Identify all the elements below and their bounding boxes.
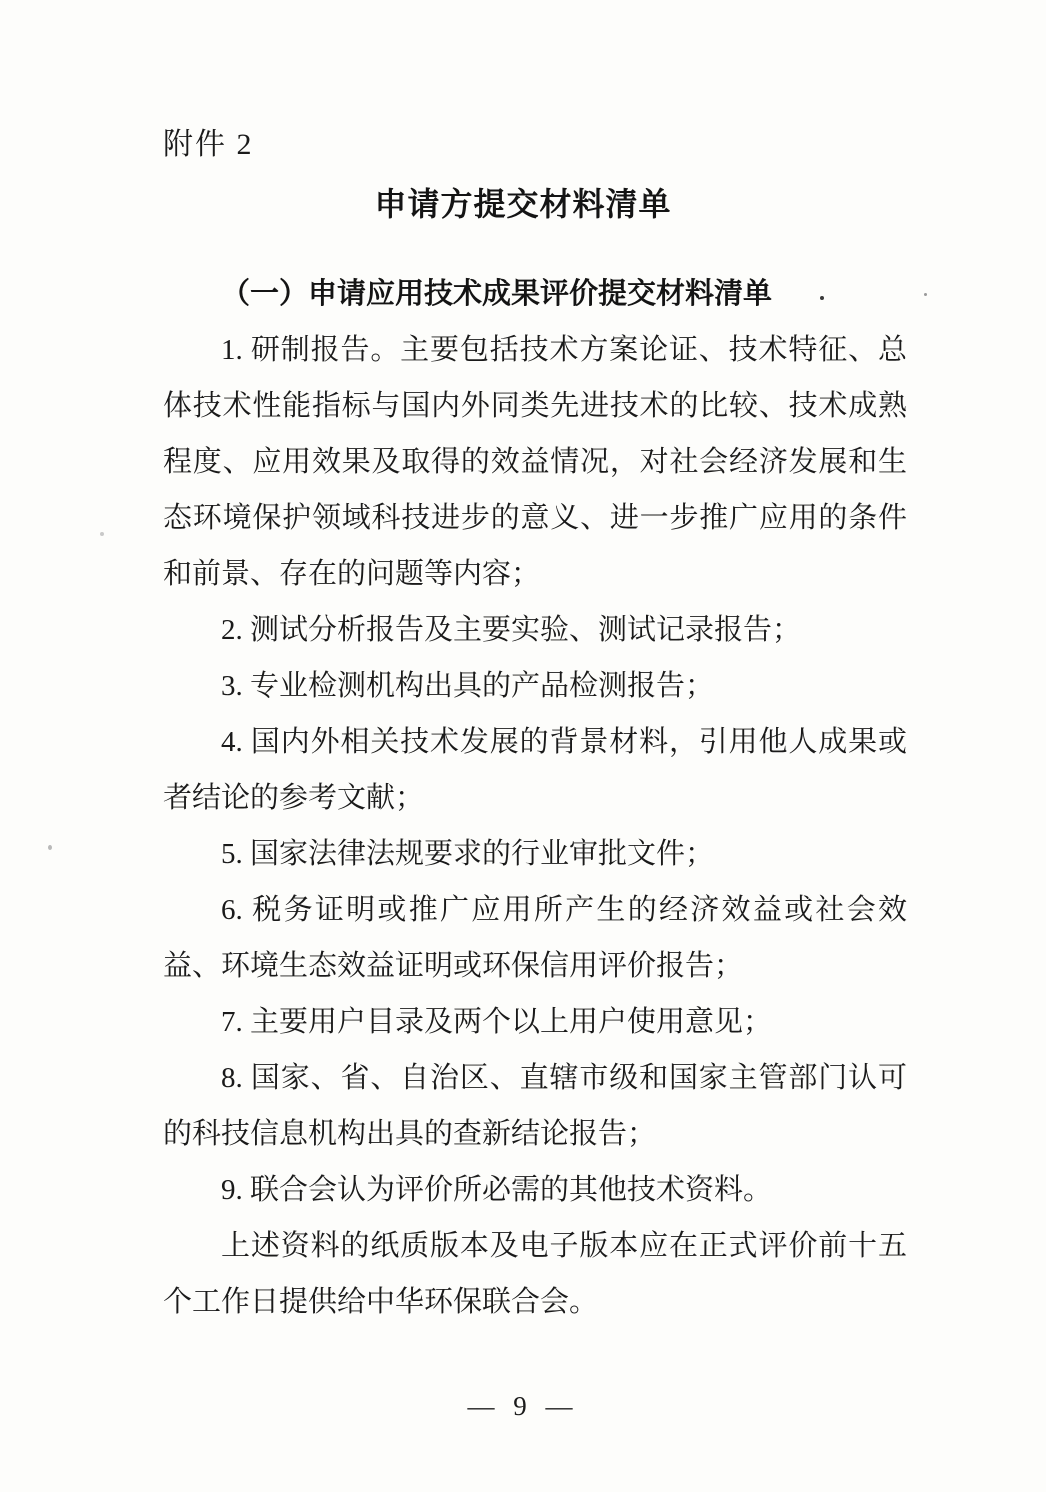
section-heading: （一）申请应用技术成果评价提交材料清单 xyxy=(163,266,907,322)
list-item-4: 4. 国内外相关技术发展的背景材料，引用他人成果或者结论的参考文献； xyxy=(163,714,907,826)
list-item-2: 2. 测试分析报告及主要实验、测试记录报告； xyxy=(163,602,907,658)
attachment-label: 附件 2 xyxy=(163,128,254,163)
scan-speck xyxy=(100,532,104,536)
document-page: 附件 2 申请方提交材料清单 （一）申请应用技术成果评价提交材料清单 1. 研制… xyxy=(0,0,1046,1492)
list-item-5: 5. 国家法律法规要求的行业审批文件； xyxy=(163,826,907,882)
list-item-9: 9. 联合会认为评价所必需的其他技术资料。 xyxy=(163,1162,907,1218)
scan-speck xyxy=(48,845,52,850)
closing-paragraph: 上述资料的纸质版本及电子版本应在正式评价前十五个工作日提供给中华环保联合会。 xyxy=(163,1218,907,1330)
list-item-1: 1. 研制报告。主要包括技术方案论证、技术特征、总体技术性能指标与国内外同类先进… xyxy=(163,322,907,602)
list-item-8: 8. 国家、省、自治区、直辖市级和国家主管部门认可的科技信息机构出具的查新结论报… xyxy=(163,1050,907,1162)
list-item-3: 3. 专业检测机构出具的产品检测报告； xyxy=(163,658,907,714)
document-body: （一）申请应用技术成果评价提交材料清单 1. 研制报告。主要包括技术方案论证、技… xyxy=(163,266,907,1330)
document-title: 申请方提交材料清单 xyxy=(0,188,1046,220)
page-number: — 9 — xyxy=(0,1390,1046,1422)
list-item-6: 6. 税务证明或推广应用所产生的经济效益或社会效益、环境生态效益证明或环保信用评… xyxy=(163,882,907,994)
list-item-7: 7. 主要用户目录及两个以上用户使用意见； xyxy=(163,994,907,1050)
scan-speck xyxy=(924,293,927,296)
